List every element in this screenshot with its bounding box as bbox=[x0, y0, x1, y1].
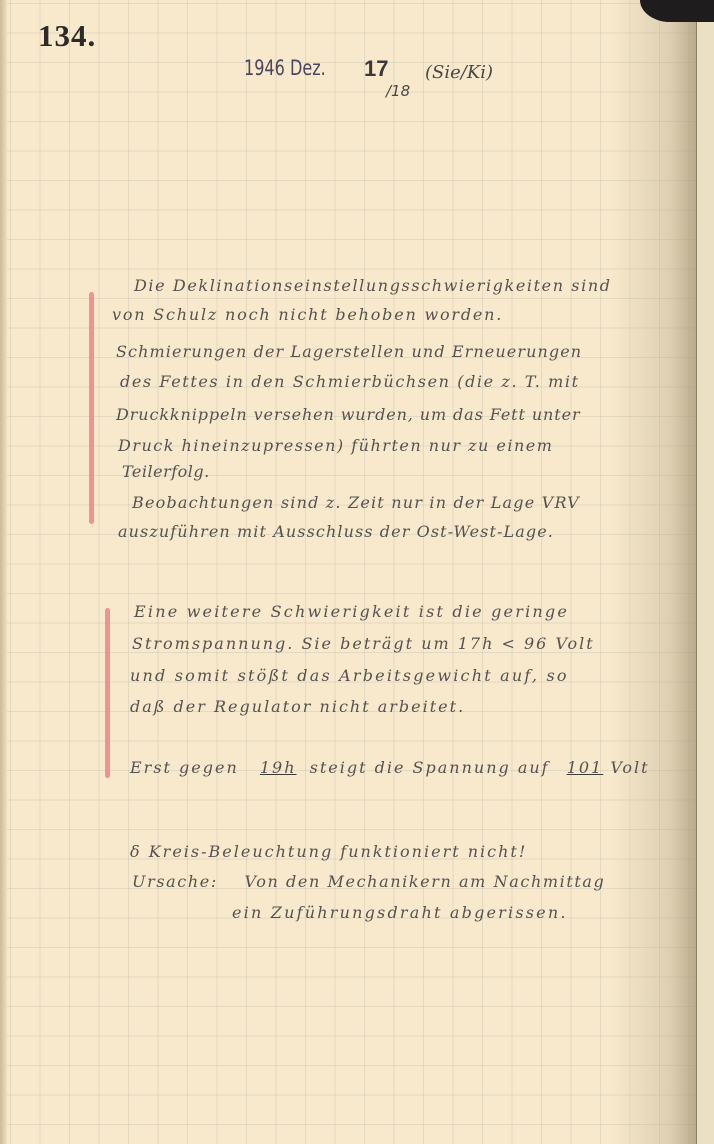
page-gutter-shadow bbox=[610, 0, 696, 1144]
page-left-edge bbox=[0, 0, 7, 1144]
text-line: Stromspannung. Sie beträgt um 17h < 96 V… bbox=[132, 634, 595, 653]
text-line: von Schulz noch nicht behoben worden. bbox=[112, 305, 503, 324]
observer-initials: (Sie/Ki) bbox=[425, 62, 493, 83]
text-line: auszuführen mit Ausschluss der Ost-West-… bbox=[118, 522, 554, 541]
date-night-fraction: /18 bbox=[386, 82, 410, 100]
margin-mark-red bbox=[89, 292, 94, 524]
text-line: Ursache: Von den Mechanikern am Nachmitt… bbox=[132, 872, 605, 891]
text-line: Die Deklinationseinstellungsschwierigkei… bbox=[134, 276, 612, 295]
text-line: Schmierungen der Lagerstellen und Erneue… bbox=[116, 342, 582, 361]
adjacent-page-edge bbox=[696, 20, 714, 1144]
notebook-page: 134. 1946 Dez. 17 /18 (Sie/Ki) Die Dekli… bbox=[0, 0, 714, 1144]
text-line: daß der Regulator nicht arbeitet. bbox=[130, 697, 465, 716]
note-voltage: 101 bbox=[567, 758, 604, 777]
text-line: und somit stößt das Arbeitsgewicht auf, … bbox=[130, 666, 569, 685]
text-line: δ Kreis-Beleuchtung funktioniert nicht! bbox=[130, 842, 527, 861]
text-line: Beobachtungen sind z. Zeit nur in der La… bbox=[132, 493, 580, 512]
text-line: des Fettes in den Schmierbüchsen (die z.… bbox=[120, 372, 580, 391]
date-stamp: 1946 Dez. bbox=[244, 56, 326, 80]
note-middle: steigt die Spannung auf bbox=[310, 758, 550, 777]
margin-mark-red bbox=[105, 608, 110, 778]
text-line: Eine weitere Schwierigkeit ist die gerin… bbox=[134, 602, 569, 621]
page-number: 134. bbox=[38, 18, 96, 54]
note-unit: Volt bbox=[610, 758, 649, 777]
note-time: 19h bbox=[260, 758, 297, 777]
note-prefix: Erst gegen bbox=[130, 758, 239, 777]
voltage-note: Erst gegen 19h steigt die Spannung auf 1… bbox=[130, 758, 650, 777]
text-line: Druck hineinzupressen) führten nur zu ei… bbox=[118, 436, 553, 455]
date-day: 17 bbox=[364, 56, 388, 82]
text-line: Teilerfolg. bbox=[122, 462, 210, 481]
text-line: ein Zuführungsdraht abgerissen. bbox=[232, 903, 568, 922]
text-line: Druckknippeln versehen wurden, um das Fe… bbox=[116, 405, 581, 424]
